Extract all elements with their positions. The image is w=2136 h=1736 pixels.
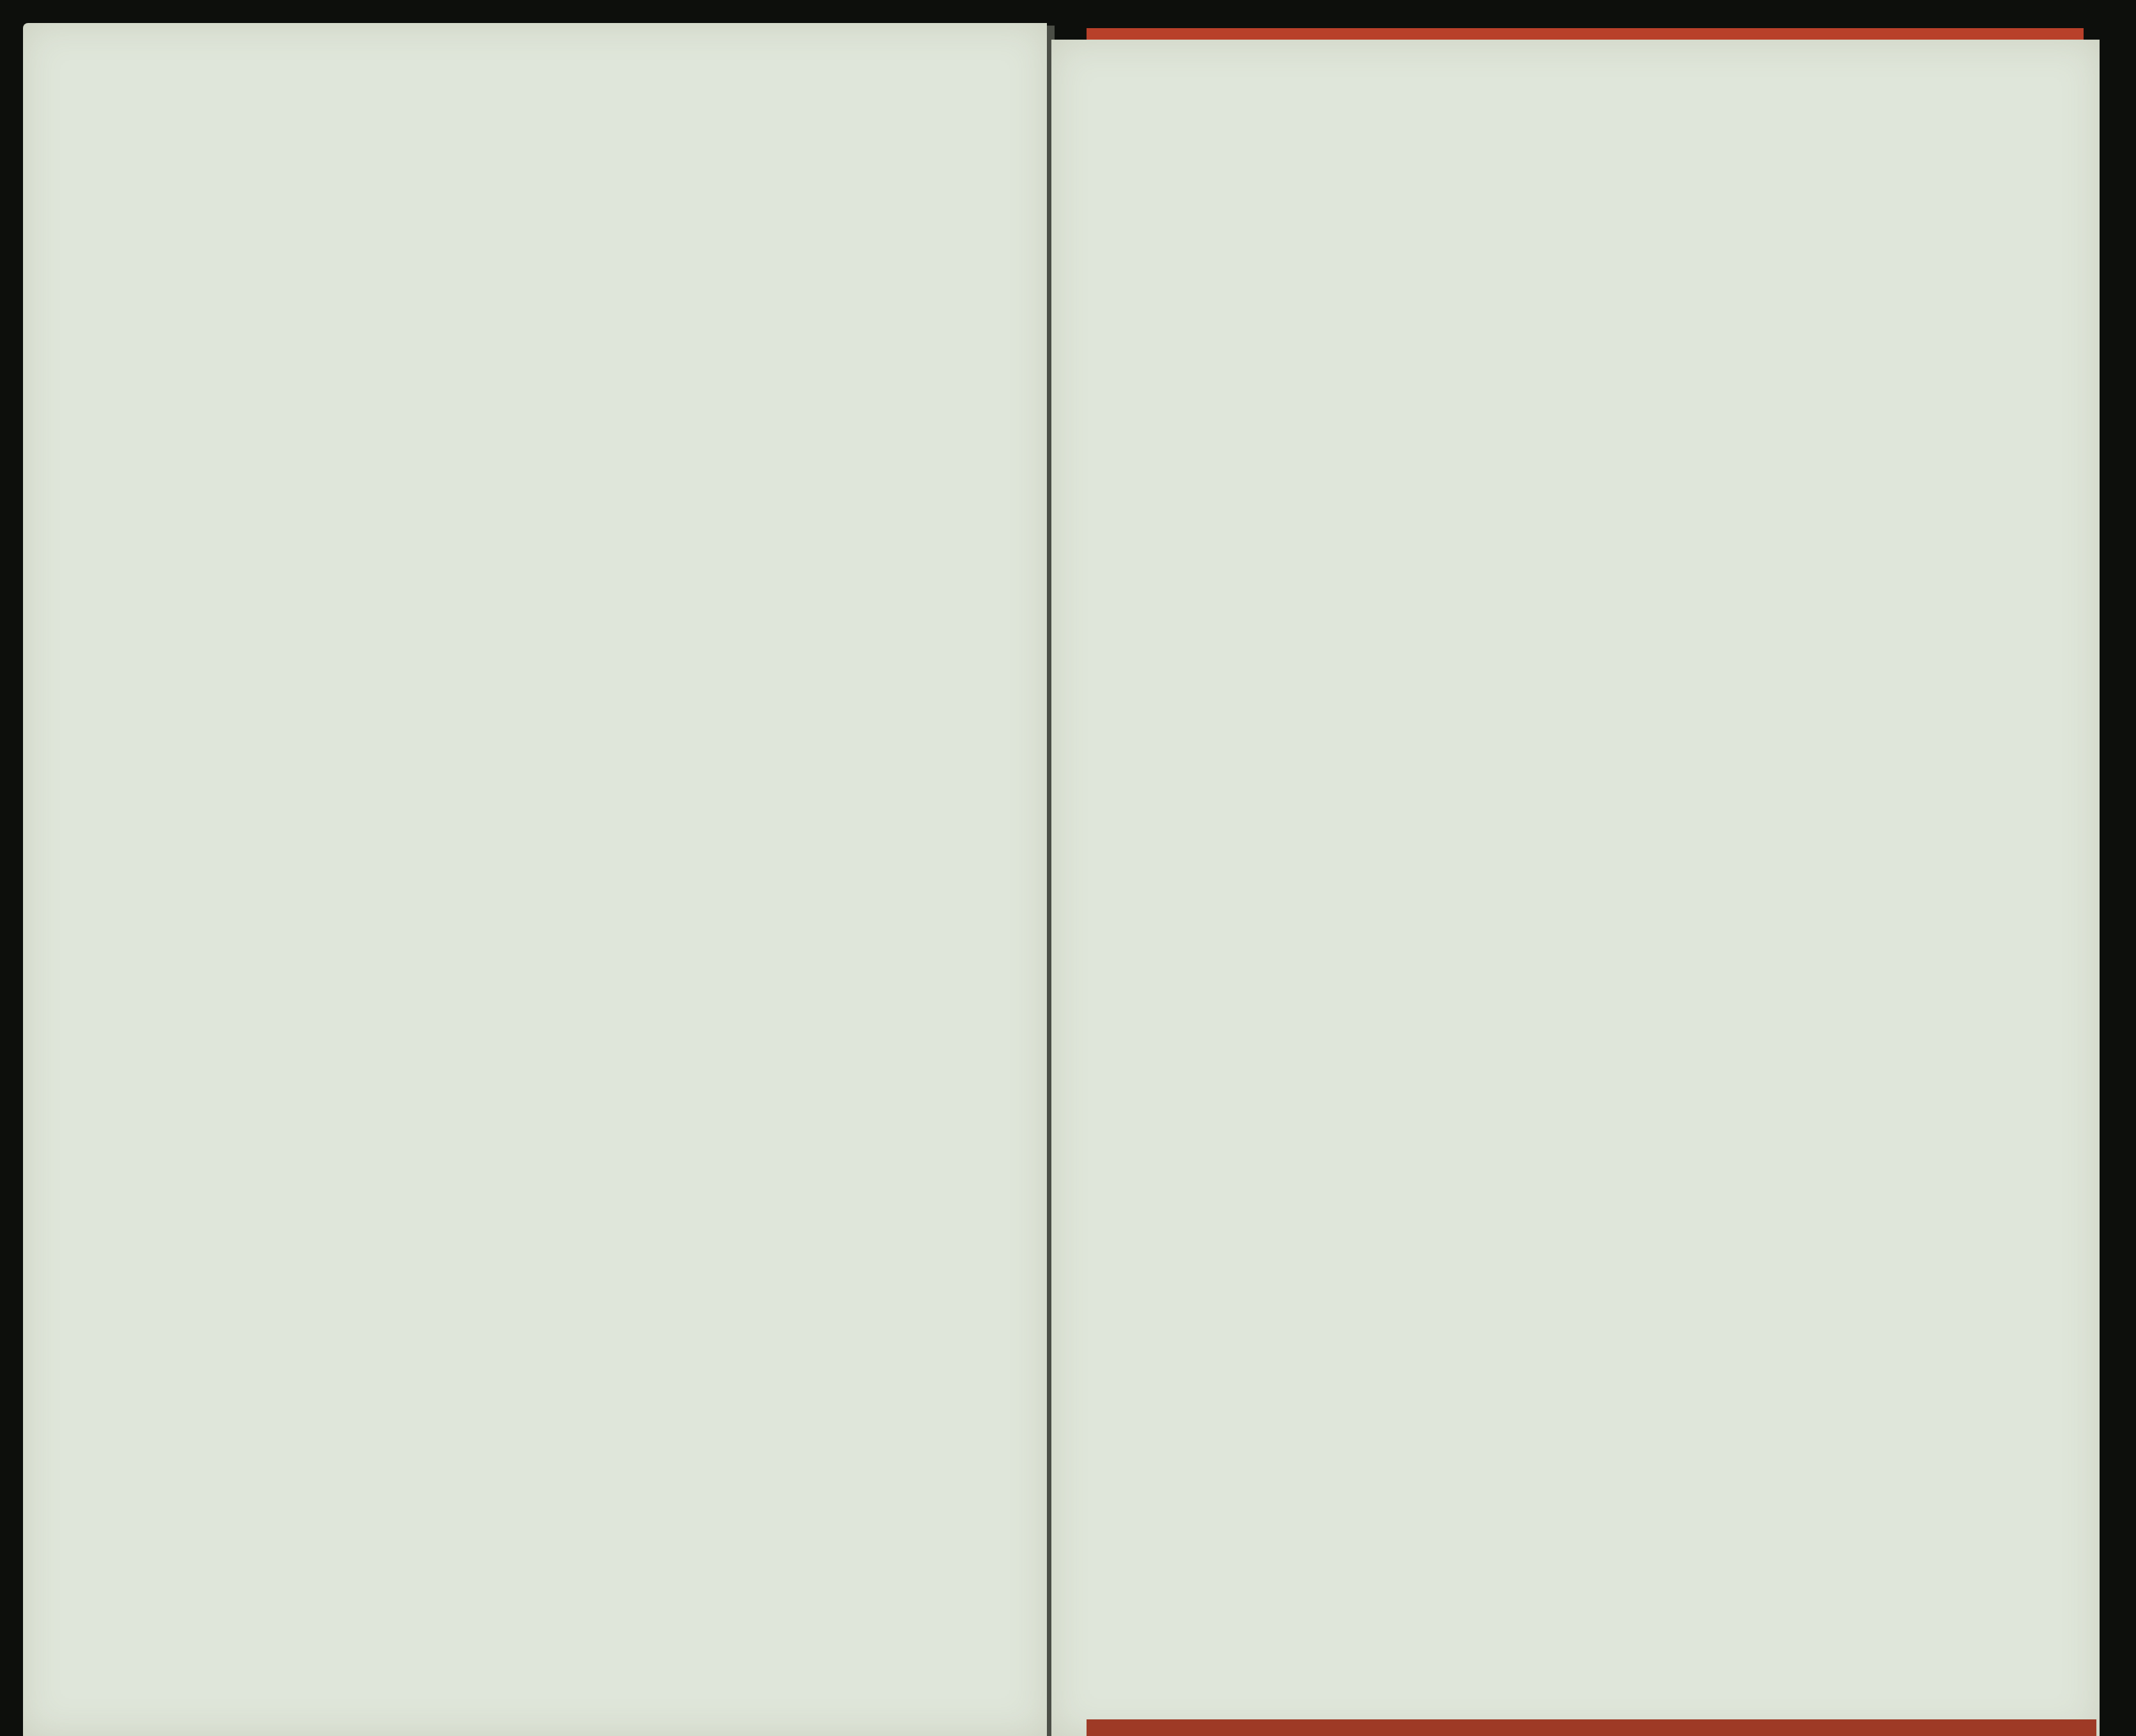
manuscript-spread [0, 0, 2136, 1736]
book-edge-top [1087, 28, 2084, 41]
right-page [1051, 40, 2100, 1736]
book-edge-bottom [1087, 1719, 2096, 1736]
left-page [23, 23, 1047, 1736]
